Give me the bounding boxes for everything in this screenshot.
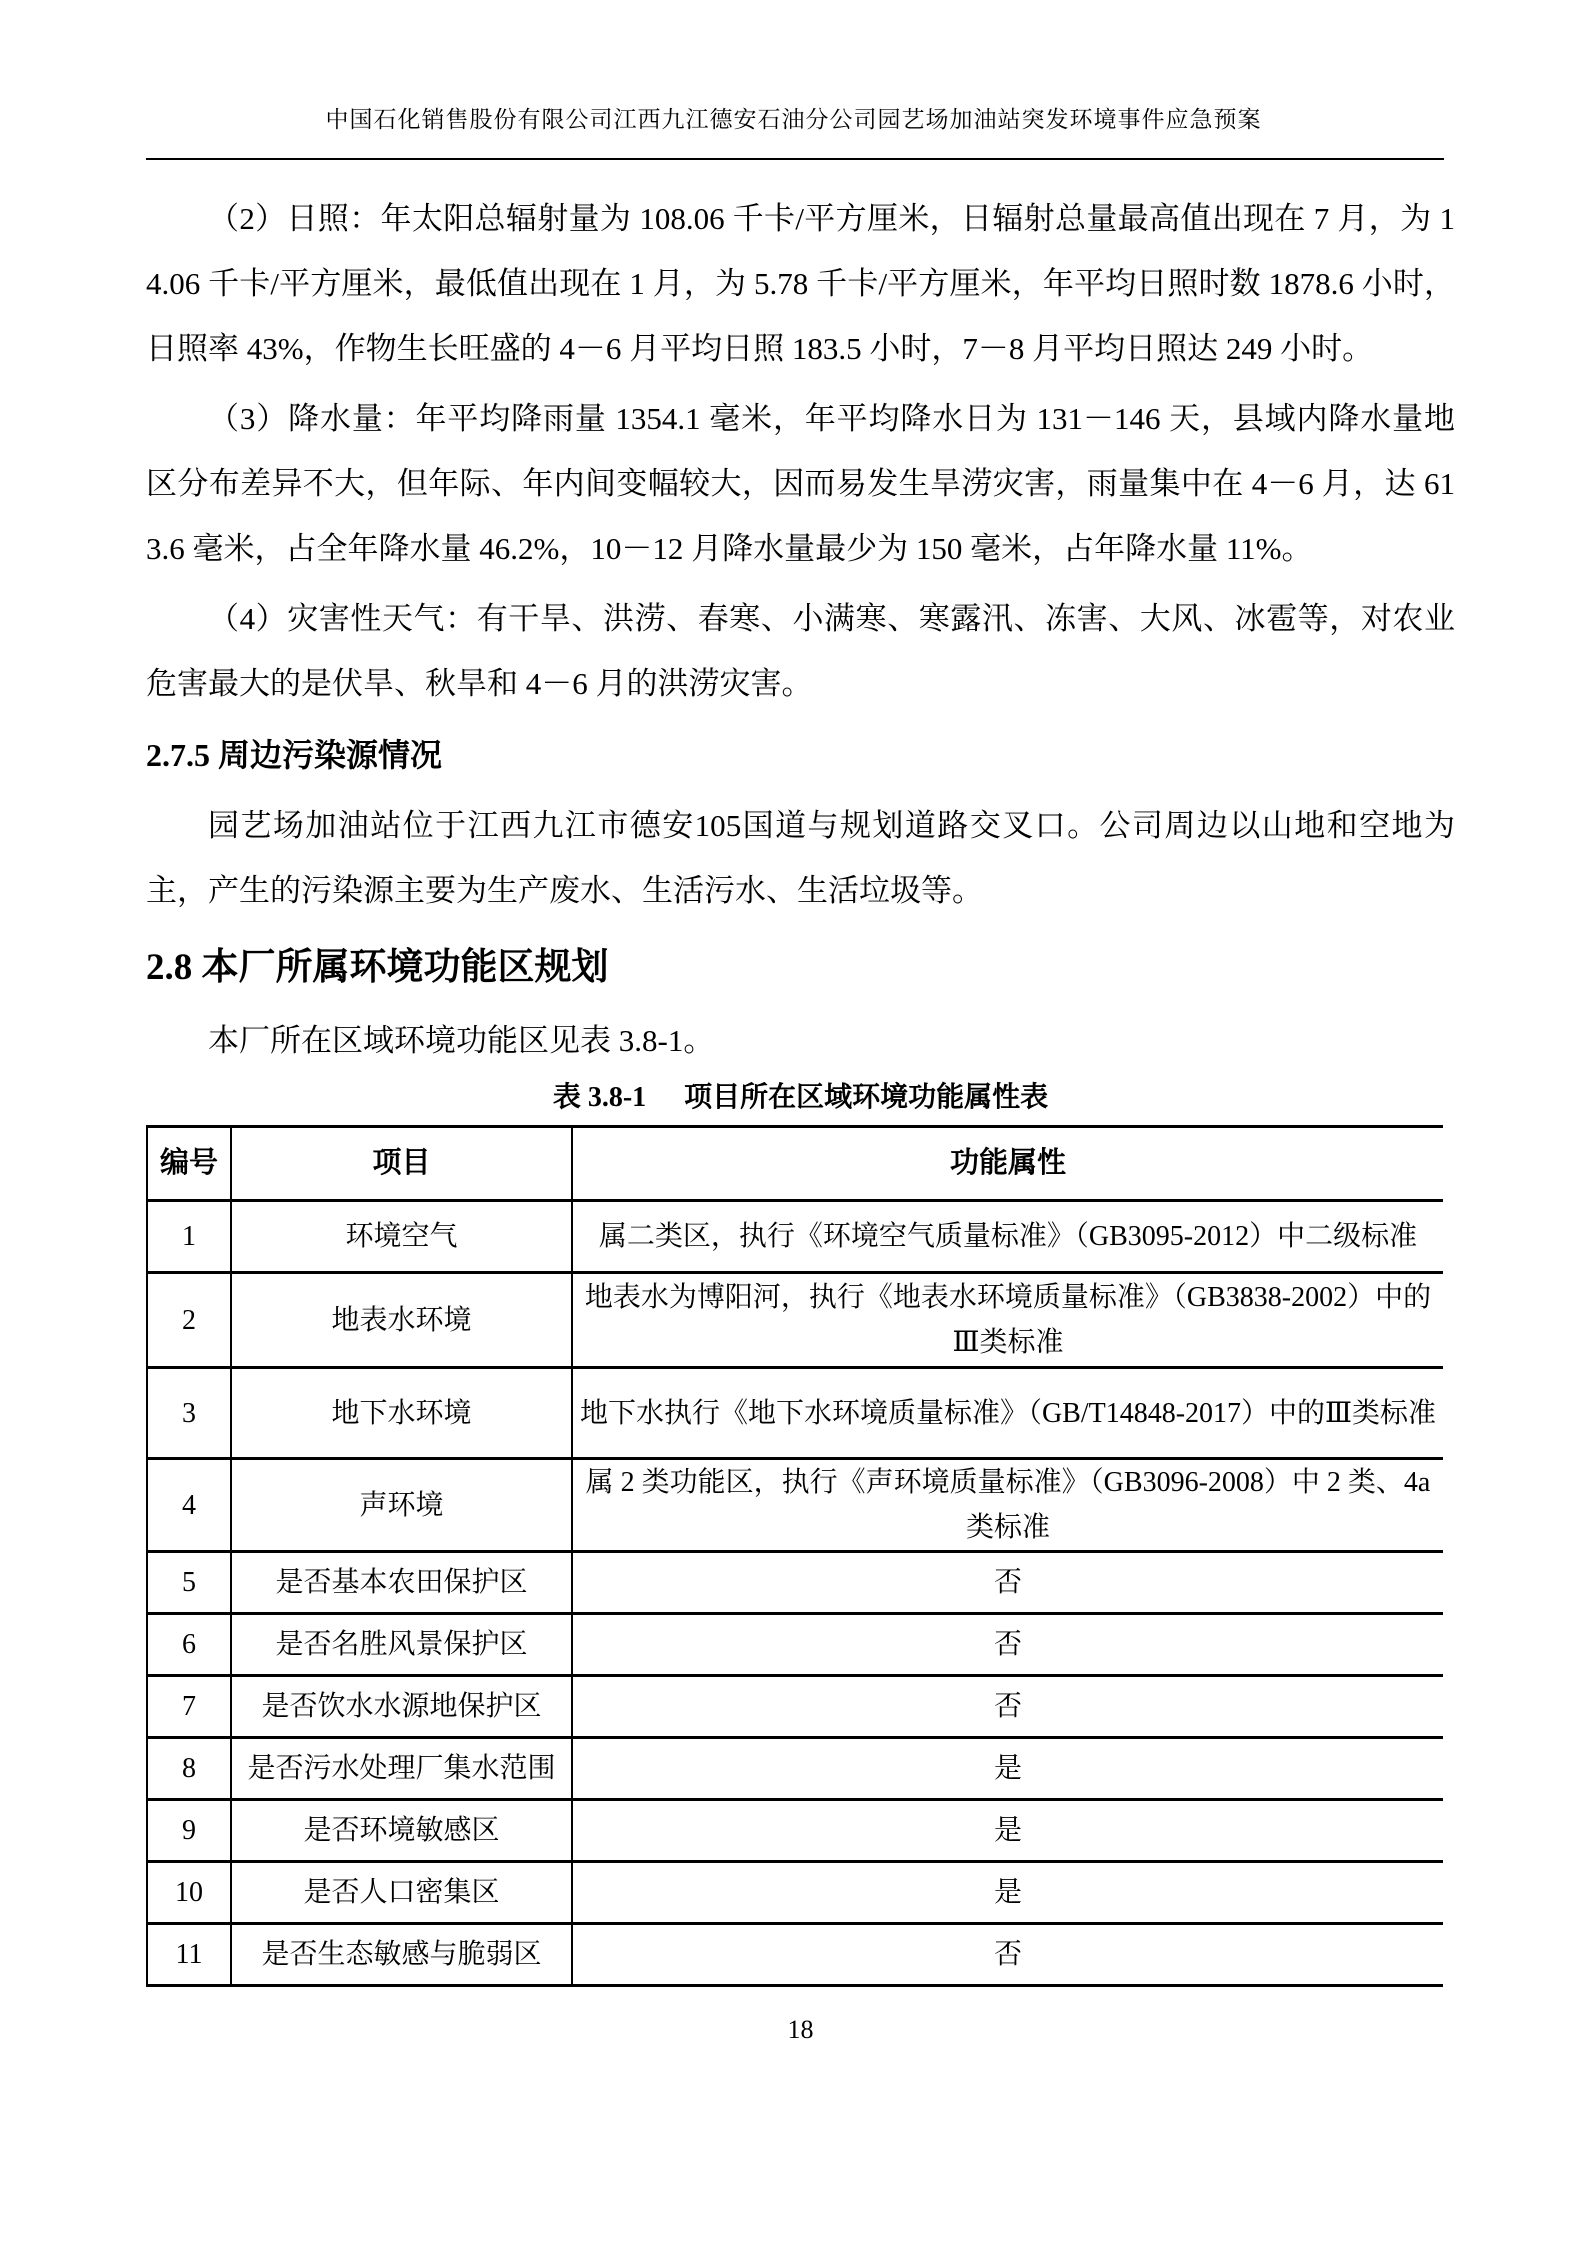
- document-page: 中国石化销售股份有限公司江西九江德安石油分公司园艺场加油站突发环境事件应急预案 …: [0, 0, 1587, 2245]
- item-cell: 声环境: [231, 1459, 572, 1552]
- row-number-cell: 2: [147, 1273, 231, 1368]
- table-row: 11 是否生态敏感与脆弱区 否: [147, 1924, 1443, 1986]
- paragraph-functional-zones-intro: 本厂所在区域环境功能区见表 3.8-1。: [146, 1008, 1455, 1073]
- table-row: 3 地下水环境 地下水执行《地下水环境质量标准》（GB/T14848-2017）…: [147, 1368, 1443, 1459]
- attribute-cell: 是: [572, 1738, 1443, 1800]
- table-caption: 表 3.8-1项目所在区域环境功能属性表: [146, 1073, 1455, 1123]
- item-cell: 是否饮水水源地保护区: [231, 1676, 572, 1738]
- heading-section-2-7-5: 2.7.5 周边污染源情况: [146, 723, 1455, 788]
- paragraph-pollution-sources: 园艺场加油站位于江西九江市德安105国道与规划道路交叉口。公司周边以山地和空地为…: [146, 793, 1455, 923]
- attribute-cell: 属二类区，执行《环境空气质量标准》（GB3095-2012）中二级标准: [572, 1201, 1443, 1273]
- column-header-attribute: 功能属性: [572, 1127, 1443, 1201]
- column-header-item: 项目: [231, 1127, 572, 1201]
- paragraph-disaster-weather: （4）灾害性天气：有干旱、洪涝、春寒、小满寒、寒露汛、冻害、大风、冰雹等，对农业…: [146, 586, 1455, 716]
- row-number-cell: 3: [147, 1368, 231, 1459]
- column-header-id: 编号: [147, 1127, 231, 1201]
- table-row: 8 是否污水处理厂集水范围 是: [147, 1738, 1443, 1800]
- attribute-cell: 否: [572, 1614, 1443, 1676]
- row-number-cell: 9: [147, 1800, 231, 1862]
- header-divider: [146, 158, 1444, 160]
- table-row: 1 环境空气 属二类区，执行《环境空气质量标准》（GB3095-2012）中二级…: [147, 1201, 1443, 1273]
- header-title: 中国石化销售股份有限公司江西九江德安石油分公司园艺场加油站突发环境事件应急预案: [0, 106, 1587, 134]
- row-number-cell: 6: [147, 1614, 231, 1676]
- table-row: 7 是否饮水水源地保护区 否: [147, 1676, 1443, 1738]
- item-cell: 是否生态敏感与脆弱区: [231, 1924, 572, 1986]
- row-number-cell: 1: [147, 1201, 231, 1273]
- item-cell: 环境空气: [231, 1201, 572, 1273]
- row-number-cell: 4: [147, 1459, 231, 1552]
- item-cell: 地表水环境: [231, 1273, 572, 1368]
- table-row: 4 声环境 属 2 类功能区，执行《声环境质量标准》（GB3096-2008）中…: [147, 1459, 1443, 1552]
- item-cell: 地下水环境: [231, 1368, 572, 1459]
- attribute-cell: 否: [572, 1924, 1443, 1986]
- row-number-cell: 10: [147, 1862, 231, 1924]
- attribute-cell: 否: [572, 1676, 1443, 1738]
- attribute-cell: 是: [572, 1862, 1443, 1924]
- table-row: 5 是否基本农田保护区 否: [147, 1552, 1443, 1614]
- table-caption-title: 项目所在区域环境功能属性表: [684, 1082, 1048, 1113]
- page-number: 18: [146, 2015, 1455, 2045]
- table-row: 2 地表水环境 地表水为博阳河，执行《地表水环境质量标准》（GB3838-200…: [147, 1273, 1443, 1368]
- item-cell: 是否人口密集区: [231, 1862, 572, 1924]
- row-number-cell: 11: [147, 1924, 231, 1986]
- table-row: 9 是否环境敏感区 是: [147, 1800, 1443, 1862]
- document-body: （2）日照：年太阳总辐射量为 108.06 千卡/平方厘米，日辐射总量最高值出现…: [146, 186, 1455, 2045]
- row-number-cell: 7: [147, 1676, 231, 1738]
- table-row: 10 是否人口密集区 是: [147, 1862, 1443, 1924]
- attribute-cell: 是: [572, 1800, 1443, 1862]
- environment-function-table: 编号 项目 功能属性 1 环境空气 属二类区，执行《环境空气质量标准》（GB30…: [146, 1125, 1443, 1987]
- table-row: 6 是否名胜风景保护区 否: [147, 1614, 1443, 1676]
- attribute-cell: 地表水为博阳河，执行《地表水环境质量标准》（GB3838-2002）中的Ⅲ类标准: [572, 1273, 1443, 1368]
- attribute-cell: 否: [572, 1552, 1443, 1614]
- item-cell: 是否基本农田保护区: [231, 1552, 572, 1614]
- table-caption-label: 表 3.8-1: [553, 1082, 646, 1113]
- item-cell: 是否污水处理厂集水范围: [231, 1738, 572, 1800]
- paragraph-sunshine: （2）日照：年太阳总辐射量为 108.06 千卡/平方厘米，日辐射总量最高值出现…: [146, 186, 1455, 381]
- item-cell: 是否环境敏感区: [231, 1800, 572, 1862]
- table-header-row: 编号 项目 功能属性: [147, 1127, 1443, 1201]
- document-header: 中国石化销售股份有限公司江西九江德安石油分公司园艺场加油站突发环境事件应急预案: [0, 0, 1587, 134]
- item-cell: 是否名胜风景保护区: [231, 1614, 572, 1676]
- heading-section-2-8: 2.8 本厂所属环境功能区规划: [146, 933, 1455, 1003]
- attribute-cell: 地下水执行《地下水环境质量标准》（GB/T14848-2017）中的Ⅲ类标准: [572, 1368, 1443, 1459]
- paragraph-precipitation: （3）降水量：年平均降雨量 1354.1 毫米，年平均降水日为 131－146 …: [146, 386, 1455, 581]
- attribute-cell: 属 2 类功能区，执行《声环境质量标准》（GB3096-2008）中 2 类、4…: [572, 1459, 1443, 1552]
- row-number-cell: 8: [147, 1738, 231, 1800]
- row-number-cell: 5: [147, 1552, 231, 1614]
